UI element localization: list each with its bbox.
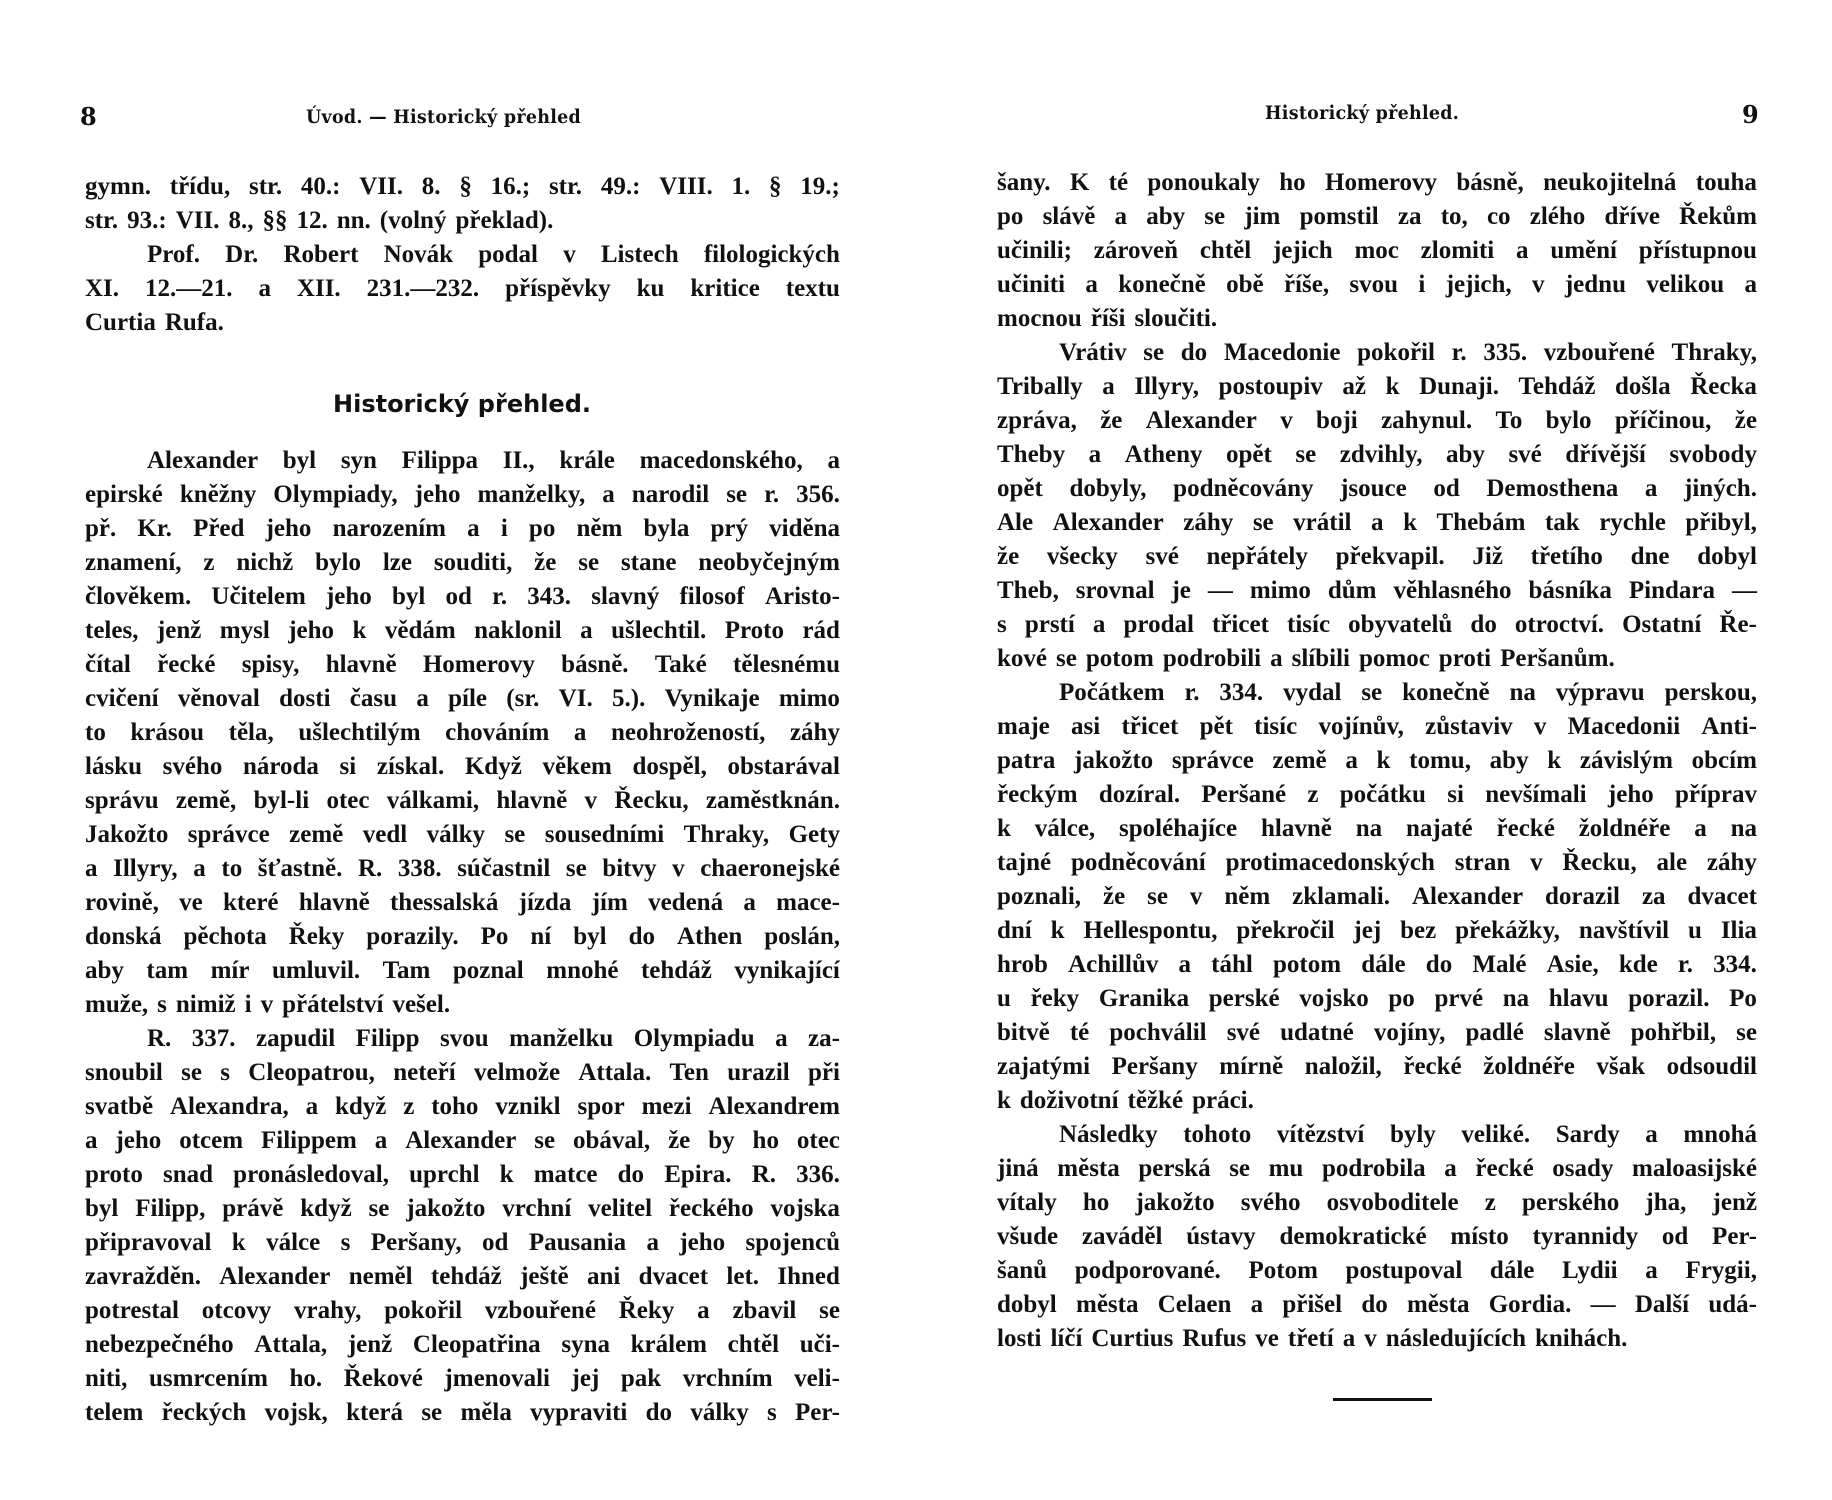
text-line: kválce,spoléhajícehlavněnanajatéřeckéžol…	[997, 812, 1757, 846]
text-line: dobylměstaCelaenapřišeldoměstaGordia.—Da…	[997, 1288, 1757, 1322]
text-line: Počátkemr.334.vydalsekonečněnavýpravuper…	[997, 676, 1757, 710]
text-line: všudezavádělústavydemokratickémístotyran…	[997, 1220, 1757, 1254]
text-line: opětdobyly,podněcoványjsouceodDemosthena…	[997, 472, 1757, 506]
text-line: donskápěchotaŘekyporazily.PoníbyldoAthen…	[85, 920, 840, 954]
text-line: VrátivsedoMacedoniepokořilr.335.vzbouřen…	[997, 336, 1757, 370]
text-line: člověkem.Učitelemjehobylodr.343.slavnýfi…	[85, 580, 840, 614]
text-line: teles,jenžmysljehokvědámnaklonilaušlecht…	[85, 614, 840, 648]
text-line: Následkytohotovítězstvíbylyveliké.Sardya…	[997, 1118, 1757, 1152]
text-line: cvičenívěnovaldostičasuapíle(sr.VI.5.).V…	[85, 682, 840, 716]
text-line: telemřeckýchvojsk,kterásemělavypravitido…	[85, 1396, 840, 1430]
text-line: nebezpečnéhoAttala,jenžCleopatřinasynakr…	[85, 1328, 840, 1362]
running-head: Historický přehled.	[1265, 102, 1459, 124]
text-line: čítalřeckéspisy,hlavněHomerovybásně.Také…	[85, 648, 840, 682]
running-head: Úvod. — Historický přehled	[306, 106, 581, 128]
text-line: ThebyaAthenyopětsezdvihly,abysvédřívější…	[997, 438, 1757, 472]
text-line: potrestalotcovyvrahy,pokořilvzbouřenéŘek…	[85, 1294, 840, 1328]
text-line: aIllyry,atošťastně.R.338.súčastnilsebitv…	[85, 852, 840, 886]
text-line: majeasitřicetpěttisícvojínův,zůstavivvMa…	[997, 710, 1757, 744]
text-block-body: AlexanderbylsynFilippaII.,králemacedonsk…	[85, 444, 840, 1430]
text-line: AleAlexanderzáhysevrátilakThebámtakrychl…	[997, 506, 1757, 540]
text-line: správuzemě,byl-liotecválkami,hlavněvŘeck…	[85, 784, 840, 818]
text-line: R.337.zapudilFilippsvoumanželkuOlympiadu…	[85, 1022, 840, 1056]
text-line: tokrásoutěla,ušlechtilýmchovánímaneohrož…	[85, 716, 840, 750]
text-line: hrobAchillůvatáhlpotomdáledoMaléAsie,kde…	[997, 948, 1757, 982]
text-block-body: šany.KtéponoukalyhoHomerovybásně,neukoji…	[997, 166, 1757, 1356]
text-line: připravovalkválcesPeršany,odPausaniaajeh…	[85, 1226, 840, 1260]
text-line: bitvětépochválilsvéudatnévojíny,padlésla…	[997, 1016, 1757, 1050]
text-line: snoubilsesCleopatrou,neteřívelmožeAttala…	[85, 1056, 840, 1090]
text-line: učinili;zároveňchtěljejichmoczlomitiaumě…	[997, 234, 1757, 268]
text-line: AlexanderbylsynFilippaII.,králemacedonsk…	[85, 444, 840, 478]
text-line: bylFilipp,právěkdyžsejakožtovrchnívelite…	[85, 1192, 840, 1226]
text-line: protosnadpronásledoval,uprchlkmatcedoEpi…	[85, 1158, 840, 1192]
text-line: zajatýmiPeršanymírněnaložil,řeckéžoldnéř…	[997, 1050, 1757, 1084]
text-line: vítalyhojakožtosvéhoosvoboditelezperskéh…	[997, 1186, 1757, 1220]
text-line: JakožtosprávcezeměvedlválkysesousednímiT…	[85, 818, 840, 852]
text-line: tajnépodněcováníprotimacedonskýchstranvŘ…	[997, 846, 1757, 880]
text-line: poznali,žesevněmzklamali.Alexanderdorazi…	[997, 880, 1757, 914]
text-line: kovésepotompodrobiliaslíbilipomocprotiPe…	[997, 642, 1757, 676]
text-line: lostilíčíCurtiusRufusvetřetíavnásledujíc…	[997, 1322, 1757, 1356]
text-line: TriballyaIllyry,postoupivažkDunaji.Tehdá…	[997, 370, 1757, 404]
text-block-intro: gymn.třídu,str.40.:VII.8.§16.;str.49.:VI…	[85, 170, 840, 340]
text-line: sprstíaprodaltřicettisícobyvatelůdootroc…	[997, 608, 1757, 642]
left-page: 8 Úvod. — Historický přehled gymn.třídu,…	[0, 0, 916, 1500]
text-line: str.93.:VII.8.,§§12.nn.(volnýpřeklad).	[85, 204, 840, 238]
right-page: Historický přehled. 9 šany.Ktéponoukalyh…	[916, 0, 1832, 1500]
page-number: 9	[1742, 100, 1759, 129]
section-heading: Historický přehled.	[333, 390, 591, 418]
text-line: uřekyGranikaperskévojskopoprvénahlavupor…	[997, 982, 1757, 1016]
text-line: XI.12.—21.aXII.231.—232.příspěvkykukriti…	[85, 272, 840, 306]
text-line: Prof.Dr.RobertNovákpodalvListechfilologi…	[85, 238, 840, 272]
text-line: ajehootcemFilippemaAlexanderseobával,žeb…	[85, 1124, 840, 1158]
text-line: poslávěaabysejimpomstilzato,cozléhodříve…	[997, 200, 1757, 234]
text-line: řeckýmdozíral.Peršanézpočátkusinevšímali…	[997, 778, 1757, 812]
text-line: šany.KtéponoukalyhoHomerovybásně,neukoji…	[997, 166, 1757, 200]
text-line: jináměstaperskásemupodrobilaařeckéosadym…	[997, 1152, 1757, 1186]
text-line: kdoživotnítěžképráci.	[997, 1084, 1757, 1118]
text-line: gymn.třídu,str.40.:VII.8.§16.;str.49.:VI…	[85, 170, 840, 204]
text-line: př.Kr.Předjehonarozenímaiponěmbylaprývid…	[85, 512, 840, 546]
text-line: patrajakožtosprávcezeměaktomu,abykzávisl…	[997, 744, 1757, 778]
text-line: dníkHellespontu,překročiljejbezpřekážky,…	[997, 914, 1757, 948]
text-line: zavražděn.Alexanderneměltehdážještěanidv…	[85, 1260, 840, 1294]
text-line: šanůpodporované.PotompostupovaldáleLydii…	[997, 1254, 1757, 1288]
text-line: rovině,vekteréhlavněthessalskájízdajímve…	[85, 886, 840, 920]
text-line: láskusvéhonárodasizískal.Kdyžvěkemdospěl…	[85, 750, 840, 784]
text-line: znamení,znichžbylolzesouditi,žesestanene…	[85, 546, 840, 580]
text-line: Theb,srovnalje—mimodůmvěhlasnéhobásníkaP…	[997, 574, 1757, 608]
text-line: učinitiakonečněoběříše,svouijejich,vjedn…	[997, 268, 1757, 302]
text-line: ževšeckysvénepřátelypřekvapil.Jižtřetího…	[997, 540, 1757, 574]
text-line: abytammírumluvil.Tampoznalmnohétehdážvyn…	[85, 954, 840, 988]
section-end-rule	[1333, 1398, 1432, 1401]
text-line: muže,snimiživpřátelstvívešel.	[85, 988, 840, 1022]
text-line: niti,usmrcenímho.Řekovéjmenovalijejpakvr…	[85, 1362, 840, 1396]
text-line: CurtiaRufa.	[85, 306, 840, 340]
page-number: 8	[80, 102, 97, 131]
text-line: zpráva,žeAlexandervbojizahynul.Tobylopří…	[997, 404, 1757, 438]
text-line: epirskékněžnyOlympiady,jehomanželky,anar…	[85, 478, 840, 512]
text-line: svatběAlexandra,akdyžztohovzniklspormezi…	[85, 1090, 840, 1124]
text-line: mocnouříšisloučiti.	[997, 302, 1757, 336]
